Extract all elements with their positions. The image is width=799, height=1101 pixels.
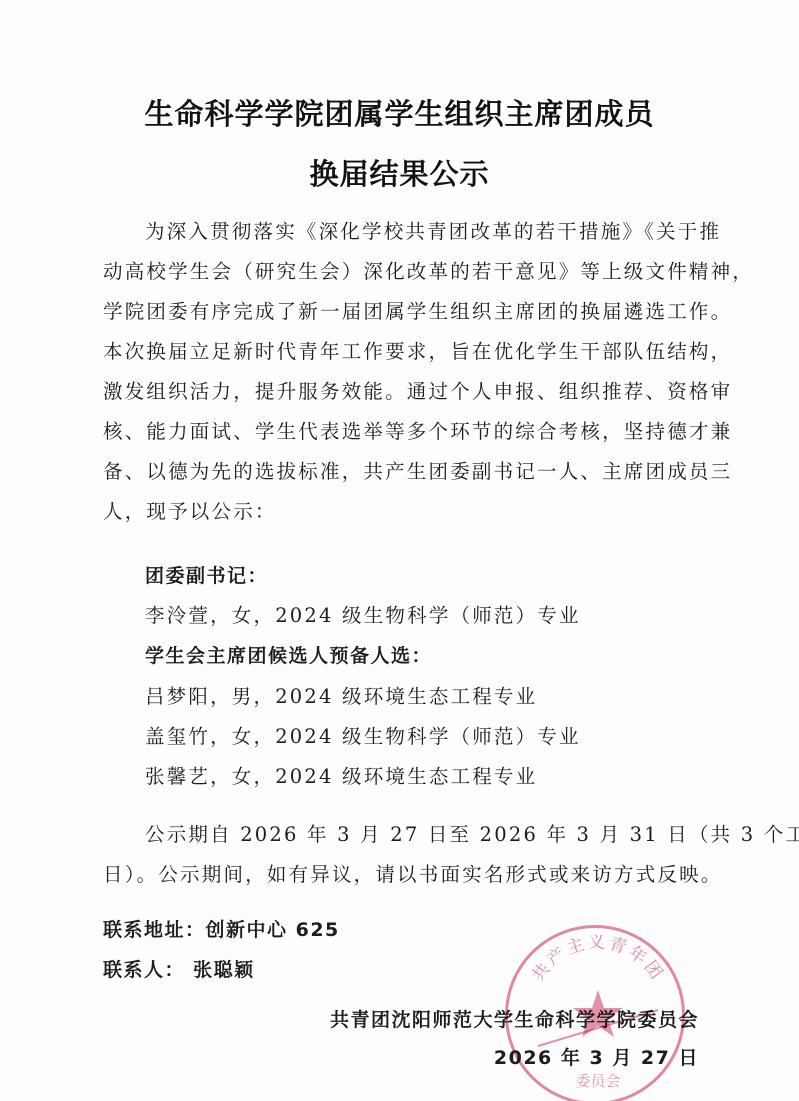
paragraph-line: 核、能力面试、学生代表选举等多个环节的综合考核，坚持德才兼 [103,419,732,445]
member-entry: 吕梦阳，男，2024 级环境生态工程专业 [145,684,537,710]
signature-date: 2026 年 3 月 27 日 [494,1045,699,1071]
svg-text:共产主义青年团: 共产主义青年团 [528,933,667,985]
notice-line: 公示期自 2026 年 3 月 27 日至 2026 年 3 月 31 日（共 … [145,822,799,848]
document-title-line2: 换届结果公示 [0,152,799,193]
paragraph-line: 为深入贯彻落实《深化学校共青团改革的若干措施》《关于推 [145,219,721,245]
document-title-line1: 生命科学学院团属学生组织主席团成员 [0,92,799,133]
paragraph-line: 学院团委有序完成了新一届团属学生组织主席团的换届遴选工作。 [103,299,732,325]
section-heading-deputy-secretary: 团委副书记： [145,563,268,589]
paragraph-line: 激发组织活力，提升服务效能。通过个人申报、组织推荐、资格审 [103,379,732,405]
member-entry: 张馨艺，女，2024 级环境生态工程专业 [145,764,537,790]
member-entry: 李泠萱，女，2024 级生物科学（师范）专业 [145,603,581,629]
section-heading-presidium: 学生会主席团候选人预备人选： [145,643,432,669]
paragraph-line: 人，现予以公示： [103,499,277,525]
signature-organization: 共青团沈阳师范大学生命科学学院委员会 [330,1007,699,1033]
paragraph-line: 本次换届立足新时代青年工作要求，旨在优化学生干部队伍结构， [103,339,732,365]
notice-line: 日）。公示期间，如有异议，请以书面实名形式或来访方式反映。 [103,862,723,888]
paragraph-line: 动高校学生会（研究生会）深化改革的若干意见》等上级文件精神， [103,259,754,285]
contact-address: 联系地址：创新中心 625 [103,917,340,943]
paragraph-line: 备、以德为先的选拔标准，共产生团委副书记一人、主席团成员三 [103,459,732,485]
member-entry: 盖玺竹，女，2024 级生物科学（师范）专业 [145,724,581,750]
contact-person: 联系人： 张聪颖 [103,957,255,983]
document-page: 生命科学学院团属学生组织主席团成员 换届结果公示 为深入贯彻落实《深化学校共青团… [0,0,799,1101]
svg-text:委员会: 委员会 [575,1072,620,1090]
